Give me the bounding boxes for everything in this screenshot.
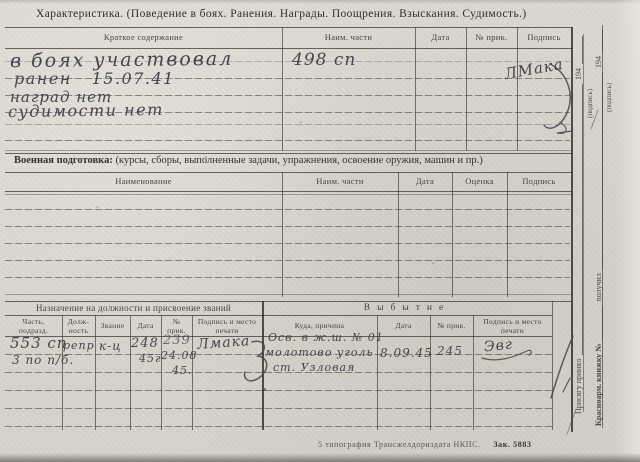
fill-in-line <box>580 36 583 64</box>
scan-edge-top <box>0 0 640 4</box>
v-rule <box>415 27 416 151</box>
h-rule <box>5 172 572 173</box>
col-header-position: Долж- ность <box>62 318 95 335</box>
col-header-date: Дата <box>377 322 430 331</box>
stub-book-received: получил <box>594 273 603 301</box>
section3-right-title: Выбытие <box>262 304 552 313</box>
ruled-line <box>5 226 570 227</box>
col-header-date: Дата <box>130 322 161 331</box>
h-rule <box>5 191 572 192</box>
stub-rule-oath <box>583 34 584 412</box>
h-rule <box>5 301 572 302</box>
hw-rank: к-ц <box>99 339 122 353</box>
scan-edge-bottom <box>0 453 640 462</box>
v-rule <box>452 172 453 297</box>
col-header-unit: Наим. части <box>282 33 415 42</box>
paper-speck <box>300 121 302 123</box>
paper-speck <box>96 206 98 208</box>
ink-dot <box>263 388 266 391</box>
stub-book-label: Красноарм. книжку № <box>594 344 603 426</box>
col-header-signature: Подпись <box>517 33 571 42</box>
stub-oath-year: 194 <box>574 68 583 80</box>
hw-unit-3po: 3 по п/б. <box>12 353 74 367</box>
h-rule <box>5 194 572 195</box>
ruled-line <box>5 140 570 141</box>
col-header-destination: Куда, причина <box>262 322 377 331</box>
section3-left-title: Назначение на должности и присвоение зва… <box>5 304 262 313</box>
col-header-order: № прик. <box>466 33 517 42</box>
stub-oath-label: Присягу принял <box>574 359 583 414</box>
ruled-line <box>5 408 552 409</box>
paper-speck <box>432 262 434 264</box>
col-header-name: Наименование <box>5 177 282 186</box>
v-rule <box>282 172 283 297</box>
paper-speck <box>205 156 207 158</box>
col-header-date: Дата <box>398 177 452 186</box>
col-header-grade: Оценка <box>452 177 507 186</box>
hw-signature-2: Лмака <box>197 333 251 353</box>
fill-in-line <box>600 306 603 340</box>
v-rule <box>507 172 508 297</box>
stub-book-sign-label: (подпись) <box>605 50 613 112</box>
ruled-line <box>5 426 552 427</box>
v-rule <box>95 315 96 430</box>
scanned-service-card: Характеристика. (Поведение в боях. Ранен… <box>0 0 640 462</box>
stub-book-year: 194 <box>594 56 603 68</box>
imprint-order-no: Зак. 5883 <box>493 440 531 449</box>
hw-order-2408: 24.08 <box>161 349 198 362</box>
scan-edge-right <box>616 0 640 462</box>
v-rule <box>398 172 399 297</box>
ruled-line <box>5 124 570 125</box>
hw-convictions-entry: судимости нет <box>8 100 164 121</box>
v-rule <box>130 315 131 430</box>
col-header-order: № прик. <box>430 322 473 331</box>
hw-order-239: 239 <box>163 333 191 348</box>
hw-date-45g: 45г <box>139 352 162 365</box>
ruled-line <box>5 260 570 261</box>
col-header-signature-seal: Подпись и место печати <box>473 318 552 335</box>
hw-order-45: 45. <box>172 364 193 377</box>
col-header-date: Дата <box>415 33 466 42</box>
hw-unit-553: 553 сп <box>10 334 67 352</box>
h-rule <box>5 150 572 151</box>
v-rule <box>282 27 283 151</box>
hw-departure-order: 245 <box>437 344 463 358</box>
v-rule <box>552 301 553 430</box>
stub-oath-line: Присягу принял 194 <box>570 36 583 414</box>
col-header-signature: Подпись <box>507 177 571 186</box>
ruled-line <box>5 209 570 210</box>
hw-position: репр <box>63 339 95 352</box>
h-rule <box>5 153 572 154</box>
stub-book-line: Красноарм. книжку № получил 194 <box>590 30 603 426</box>
col-header-rank: Звание <box>95 322 130 331</box>
section1-title: Характеристика. (Поведение в боях. Ранен… <box>36 8 566 20</box>
hw-destination-1: Осв. в ж.ш. № 01 <box>268 331 384 344</box>
imprint-text: 5 типография Трансжелдориздата НКПС. <box>318 440 481 449</box>
ruled-line <box>5 243 570 244</box>
ruled-line <box>5 277 570 278</box>
col-header-unit: Часть, подразд. <box>5 318 62 335</box>
section2-title: Военная подготовка: (курсы, сборы, выпол… <box>14 155 570 166</box>
h-rule <box>5 294 572 295</box>
hw-signature-3: Эвг <box>483 337 513 356</box>
v-rule <box>517 27 518 151</box>
fill-in-line <box>600 30 603 52</box>
v-rule <box>466 27 467 151</box>
fill-in-line <box>600 72 603 269</box>
col-header-unit: Наим. части <box>282 177 398 186</box>
hw-destination-3: ст. Узловая <box>273 361 355 374</box>
fill-in-line <box>580 84 583 355</box>
col-header-signature-seal: Подпись и место печати <box>192 318 262 335</box>
hw-date-248: 248 <box>131 336 159 351</box>
v-rule <box>430 315 431 430</box>
hw-destination-2: молотово уголь <box>265 346 374 359</box>
ruled-line <box>5 390 552 391</box>
col-header-summary: Краткое содержание <box>5 33 282 42</box>
section2-title-bold: Военная подготовка: <box>14 155 113 166</box>
ink-slash-2 <box>563 378 570 392</box>
section-divider <box>262 301 264 430</box>
hw-unit-entry: 498 сп <box>292 50 356 70</box>
printer-imprint: 5 типография Трансжелдориздата НКПС. Зак… <box>318 440 532 449</box>
hw-wounded-entry: ранен 15.07.41 <box>14 69 175 88</box>
h-rule <box>5 27 572 28</box>
hw-departure-date: 8.09.45 <box>380 346 433 360</box>
h-rule <box>5 315 552 316</box>
section2-title-rest: (курсы, сборы, выполненные задачи, упраж… <box>115 155 482 166</box>
